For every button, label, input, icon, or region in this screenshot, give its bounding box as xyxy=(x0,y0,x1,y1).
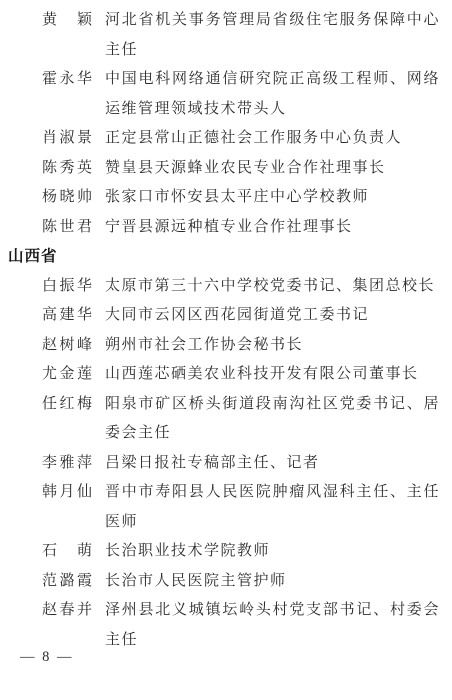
person-title: 长治市人民医院主管护师 xyxy=(105,567,440,597)
list-item: 肖淑景 正定县常山正德社会工作服务中心负责人 xyxy=(42,124,440,154)
person-name: 韩月仙 xyxy=(42,478,92,508)
list-item: 陈世君 宁晋县源远种植专业合作社理事长 xyxy=(42,213,440,243)
person-name: 霍永华 xyxy=(42,65,92,95)
list-item: 李雅萍 吕梁日报社专稿部主任、记者 xyxy=(42,449,440,479)
person-title: 河北省机关事务管理局省级住宅服务保障中心主任 xyxy=(105,6,440,65)
list-item: 高建华 大同市云冈区西花园街道党工委书记 xyxy=(42,301,440,331)
list-item: 赵春并 泽州县北义城镇坛岭头村党支部书记、村委会主任 xyxy=(42,596,440,655)
person-name: 任红梅 xyxy=(42,390,92,420)
list-item: 尤金莲 山西莲芯硒美农业科技开发有限公司董事长 xyxy=(42,360,440,390)
person-name: 陈世君 xyxy=(42,213,92,243)
section-hebei-continued: 黄颖 河北省机关事务管理局省级住宅服务保障中心主任 霍永华 中国电科网络通信研究… xyxy=(8,6,440,242)
document-page: 黄颖 河北省机关事务管理局省级住宅服务保障中心主任 霍永华 中国电科网络通信研究… xyxy=(0,0,452,700)
person-title: 张家口市怀安县太平庄中心学校教师 xyxy=(105,183,440,213)
person-title: 正定县常山正德社会工作服务中心负责人 xyxy=(105,124,440,154)
person-title: 大同市云冈区西花园街道党工委书记 xyxy=(105,301,440,331)
person-title: 朔州市社会工作协会秘书长 xyxy=(105,331,440,361)
person-title: 中国电科网络通信研究院正高级工程师、网络运维管理领域技术带头人 xyxy=(105,65,440,124)
person-title: 赞皇县天源蜂业农民专业合作社理事长 xyxy=(105,154,440,184)
list-item: 韩月仙 晋中市寿阳县人民医院肿瘤风湿科主任、主任医师 xyxy=(42,478,440,537)
person-name: 肖淑景 xyxy=(42,124,92,154)
person-title: 山西莲芯硒美农业科技开发有限公司董事长 xyxy=(105,360,440,390)
person-title: 阳泉市矿区桥头街道段南沟社区党委书记、居委会主任 xyxy=(105,390,440,449)
person-title: 长治职业技术学院教师 xyxy=(105,537,440,567)
person-name: 石萌 xyxy=(42,537,92,567)
person-title: 吕梁日报社专稿部主任、记者 xyxy=(105,449,440,479)
list-item: 黄颖 河北省机关事务管理局省级住宅服务保障中心主任 xyxy=(42,6,440,65)
page-number: — 8 — xyxy=(20,649,74,666)
person-title: 泽州县北义城镇坛岭头村党支部书记、村委会主任 xyxy=(105,596,440,655)
person-name: 黄颖 xyxy=(42,6,92,36)
person-name: 李雅萍 xyxy=(42,449,92,479)
list-item: 陈秀英 赞皇县天源蜂业农民专业合作社理事长 xyxy=(42,154,440,184)
person-name: 陈秀英 xyxy=(42,154,92,184)
person-title: 太原市第三十六中学校党委书记、集团总校长 xyxy=(105,272,440,302)
list-item: 范潞霞 长治市人民医院主管护师 xyxy=(42,567,440,597)
list-item: 赵树峰 朔州市社会工作协会秘书长 xyxy=(42,331,440,361)
list-item: 霍永华 中国电科网络通信研究院正高级工程师、网络运维管理领域技术带头人 xyxy=(42,65,440,124)
list-item: 白振华 太原市第三十六中学校党委书记、集团总校长 xyxy=(42,272,440,302)
person-name: 尤金莲 xyxy=(42,360,92,390)
list-item: 任红梅 阳泉市矿区桥头街道段南沟社区党委书记、居委会主任 xyxy=(42,390,440,449)
person-name: 白振华 xyxy=(42,272,92,302)
person-name: 范潞霞 xyxy=(42,567,92,597)
person-title: 晋中市寿阳县人民医院肿瘤风湿科主任、主任医师 xyxy=(105,478,440,537)
person-name: 高建华 xyxy=(42,301,92,331)
section-header-shanxi: 山西省 xyxy=(8,242,440,272)
person-name: 赵春并 xyxy=(42,596,92,626)
section-shanxi: 山西省 白振华 太原市第三十六中学校党委书记、集团总校长 高建华 大同市云冈区西… xyxy=(8,242,440,655)
person-name: 赵树峰 xyxy=(42,331,92,361)
person-name: 杨晓帅 xyxy=(42,183,92,213)
list-item: 杨晓帅 张家口市怀安县太平庄中心学校教师 xyxy=(42,183,440,213)
list-item: 石萌 长治职业技术学院教师 xyxy=(42,537,440,567)
person-title: 宁晋县源远种植专业合作社理事长 xyxy=(105,213,440,243)
